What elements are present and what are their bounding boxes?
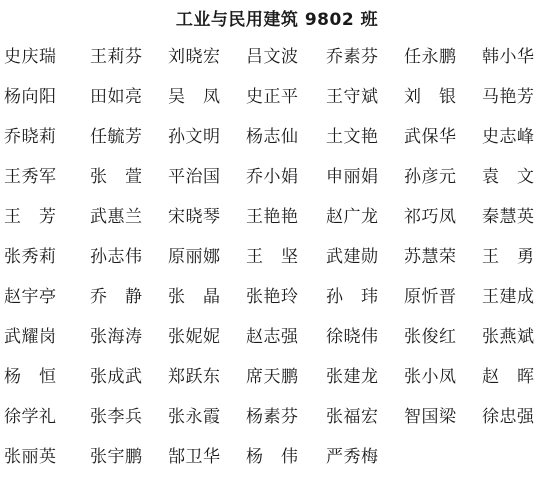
student-name: 杨素芬: [246, 408, 326, 426]
student-name: 申丽娟: [326, 168, 404, 186]
student-name: 郑跃东: [168, 368, 246, 386]
student-name: 徐学礼: [4, 408, 90, 426]
student-name: 土文艳: [326, 128, 404, 146]
student-name: 孙彦元: [404, 168, 482, 186]
student-name: 吴 凤: [168, 88, 246, 106]
student-name: 张俊红: [404, 328, 482, 346]
student-name: 田如亮: [90, 88, 168, 106]
student-name: 赵 晖: [482, 368, 552, 386]
roster-row: 赵宇亭乔 静张 晶张艳玲孙 玮原忻晋王建成: [4, 288, 552, 328]
student-name: 马艳芳: [482, 88, 552, 106]
student-name: 武惠兰: [90, 208, 168, 226]
roster-row: 张秀莉孙志伟原丽娜王 坚武建勋苏慧荣王 勇: [4, 248, 552, 288]
roster-row: 武耀岗张海涛张妮妮赵志强徐晓伟张俊红张燕斌: [4, 328, 552, 368]
student-name: 智国梁: [404, 408, 482, 426]
student-name: 武保华: [404, 128, 482, 146]
roster-row: 徐学礼张李兵张永霞杨素芬张福宏智国梁徐忠强: [4, 408, 552, 448]
student-name: 张丽英: [4, 448, 90, 466]
student-name: 任永鹏: [404, 48, 482, 66]
student-name: 张建龙: [326, 368, 404, 386]
student-name: 秦慧英: [482, 208, 552, 226]
roster: 史庆瑞王莉芬刘晓宏吕文波乔素芬任永鹏韩小华杨向阳田如亮吴 凤史正平王守斌刘 银马…: [0, 30, 554, 481]
student-name: 刘 银: [404, 88, 482, 106]
roster-row: 杨向阳田如亮吴 凤史正平王守斌刘 银马艳芳: [4, 88, 552, 128]
student-name: 席天鹏: [246, 368, 326, 386]
student-name: 祁巧凤: [404, 208, 482, 226]
student-name: 赵广龙: [326, 208, 404, 226]
student-name: 原丽娜: [168, 248, 246, 266]
student-name: 孙志伟: [90, 248, 168, 266]
student-name: 宋晓琴: [168, 208, 246, 226]
student-name: 刘晓宏: [168, 48, 246, 66]
student-name: 张秀莉: [4, 248, 90, 266]
student-name: 张永霞: [168, 408, 246, 426]
student-name: 史庆瑞: [4, 48, 90, 66]
student-name: 王秀军: [4, 168, 90, 186]
class-roster-page: 工业与民用建筑 9802 班 史庆瑞王莉芬刘晓宏吕文波乔素芬任永鹏韩小华杨向阳田…: [0, 0, 554, 481]
student-name: 张艳玲: [246, 288, 326, 306]
student-name: 赵宇亭: [4, 288, 90, 306]
student-name: 王 坚: [246, 248, 326, 266]
student-name: 张李兵: [90, 408, 168, 426]
student-name: 苏慧荣: [404, 248, 482, 266]
student-name: 徐晓伟: [326, 328, 404, 346]
student-name: 孙文明: [168, 128, 246, 146]
student-name: 张福宏: [326, 408, 404, 426]
roster-row: 张丽英张宇鹏郜卫华杨 伟严秀梅: [4, 448, 552, 481]
student-name: 张燕斌: [482, 328, 552, 346]
student-name: 乔素芬: [326, 48, 404, 66]
student-name: 王莉芬: [90, 48, 168, 66]
page-title: 工业与民用建筑 9802 班: [0, 0, 554, 30]
student-name: 乔晓莉: [4, 128, 90, 146]
student-name: 武耀岗: [4, 328, 90, 346]
student-name: 严秀梅: [326, 448, 404, 466]
student-name: 杨 伟: [246, 448, 326, 466]
student-name: 孙 玮: [326, 288, 404, 306]
student-name: 王守斌: [326, 88, 404, 106]
student-name: 张 萱: [90, 168, 168, 186]
student-name: 王 芳: [4, 208, 90, 226]
student-name: 张成武: [90, 368, 168, 386]
student-name: 乔小娟: [246, 168, 326, 186]
student-name: 吕文波: [246, 48, 326, 66]
student-name: 张妮妮: [168, 328, 246, 346]
student-name: 赵志强: [246, 328, 326, 346]
student-name: 杨志仙: [246, 128, 326, 146]
student-name: 王建成: [482, 288, 552, 306]
student-name: 任毓芳: [90, 128, 168, 146]
student-name: 徐忠强: [482, 408, 552, 426]
student-name: 王艳艳: [246, 208, 326, 226]
student-name: 郜卫华: [168, 448, 246, 466]
student-name: 张宇鹏: [90, 448, 168, 466]
student-name: 张海涛: [90, 328, 168, 346]
student-name: 张 晶: [168, 288, 246, 306]
student-name: 张小凤: [404, 368, 482, 386]
roster-row: 杨 恒张成武郑跃东席天鹏张建龙张小凤赵 晖: [4, 368, 552, 408]
student-name: 史正平: [246, 88, 326, 106]
student-name: 杨向阳: [4, 88, 90, 106]
roster-row: 王秀军张 萱平治国乔小娟申丽娟孙彦元袁 文: [4, 168, 552, 208]
student-name: 乔 静: [90, 288, 168, 306]
student-name: 平治国: [168, 168, 246, 186]
roster-row: 王 芳武惠兰宋晓琴王艳艳赵广龙祁巧凤秦慧英: [4, 208, 552, 248]
student-name: 王 勇: [482, 248, 552, 266]
student-name: 杨 恒: [4, 368, 90, 386]
roster-row: 乔晓莉任毓芳孙文明杨志仙土文艳武保华史志峰: [4, 128, 552, 168]
student-name: 史志峰: [482, 128, 552, 146]
student-name: 武建勋: [326, 248, 404, 266]
student-name: 原忻晋: [404, 288, 482, 306]
roster-row: 史庆瑞王莉芬刘晓宏吕文波乔素芬任永鹏韩小华: [4, 48, 552, 88]
student-name: 袁 文: [482, 168, 552, 186]
student-name: 韩小华: [482, 48, 552, 66]
